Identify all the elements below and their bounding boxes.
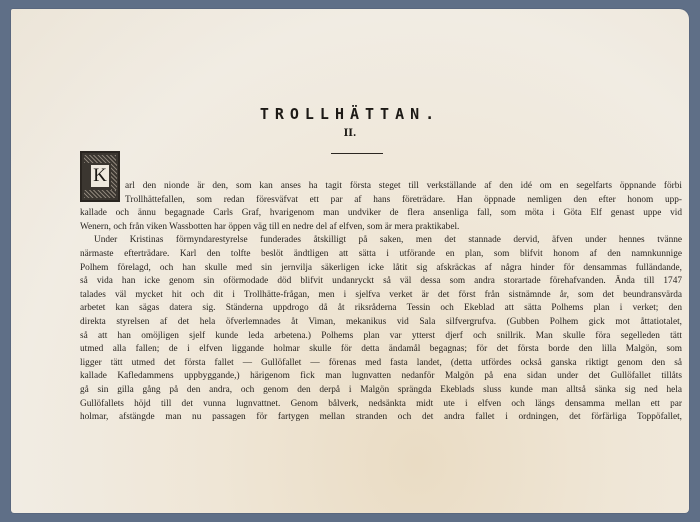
- text-line: Wenern, och från viken Wassbotten har öp…: [80, 221, 682, 235]
- text-line: Polhem förelagd, och han skulle med sin …: [80, 262, 682, 276]
- text-line: Gullöfallets höjd till det vunna lugnvat…: [80, 398, 682, 412]
- article-body: arl den nionde är den, som kan anses ha …: [80, 180, 682, 425]
- text-line: Trollhättefallen, som redan föresväfvat …: [80, 194, 682, 208]
- text-line: kallade och ännu begagnade Carls Graf, h…: [80, 207, 682, 221]
- page-title: TROLLHÄTTAN.: [0, 105, 700, 123]
- text-line: gå sin gilla gång på den andra, och geno…: [80, 384, 682, 398]
- text-line: så vida han icke genom sin oförmodade dö…: [80, 275, 682, 289]
- text-line: arbetet kan sägas datera sig. Ständerna …: [80, 302, 682, 316]
- text-line: kallade Kafledammens uppbyggande,) härig…: [80, 370, 682, 384]
- text-line: ligger tätt utmed det första fallet — Gu…: [80, 357, 682, 371]
- text-line: närmaste efterträdare. Karl den tolfte b…: [80, 248, 682, 262]
- ornament-top-icon: [84, 155, 116, 163]
- text-line: direkta styrelsen af det hela öfverlemna…: [80, 316, 682, 330]
- title-divider: [331, 153, 383, 154]
- section-number: II.: [0, 128, 700, 139]
- text-line: Under Kristinas förmyndarestyrelse funde…: [80, 234, 682, 248]
- text-line: så att han omöjligen sjelf kunde leda ar…: [80, 330, 682, 344]
- text-line: holmar, afstängde man nu passagen för fa…: [80, 411, 682, 425]
- text-line: talades väl mycket hit och dit i Trollhä…: [80, 289, 682, 303]
- text-line: utmed alla fallen; de i elfven liggande …: [80, 343, 682, 357]
- text-line: arl den nionde är den, som kan anses ha …: [80, 180, 682, 194]
